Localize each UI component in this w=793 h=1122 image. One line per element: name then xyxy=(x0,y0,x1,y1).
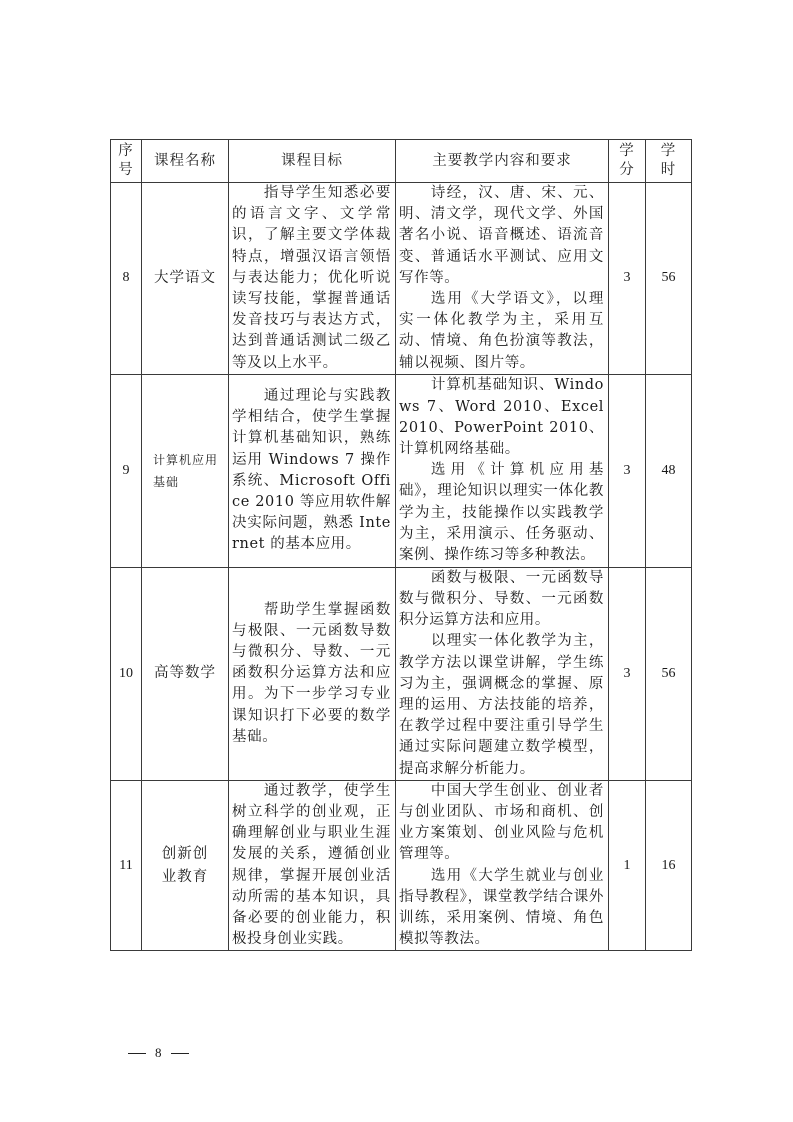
table-header-row: 序号 课程名称 课程目标 主要教学内容和要求 学分 学时 xyxy=(111,140,692,183)
table-row: 10 高等数学 帮助学生掌握函数与极限、一元函数导数与微积分、导数、一元函数积分… xyxy=(111,567,692,780)
objective-text: 通过理论与实践教学相结合，使学生掌握计算机基础知识，熟练运用 Windows 7… xyxy=(232,386,391,556)
row-number: 10 xyxy=(111,567,142,780)
course-hours: 56 xyxy=(646,567,692,780)
course-objective: 通过理论与实践教学相结合，使学生掌握计算机基础知识，熟练运用 Windows 7… xyxy=(229,374,396,567)
course-content: 诗经，汉、唐、宋、元、明、清文学，现代文学、外国著名小说、语音概述、语流音变、普… xyxy=(396,183,609,375)
course-objective: 通过教学，使学生树立科学的创业观，正确理解创业与职业生涯发展的关系，遵循创业规律… xyxy=(229,780,396,951)
table-row: 11 创新创业教育 通过教学，使学生树立科学的创业观，正确理解创业与职业生涯发展… xyxy=(111,780,692,951)
header-credits: 学分 xyxy=(609,140,646,183)
objective-text: 帮助学生掌握函数与极限、一元函数导数与微积分、导数、一元函数积分运算方法和应用。… xyxy=(232,600,391,748)
curriculum-table: 序号 课程名称 课程目标 主要教学内容和要求 学分 学时 8 大学语文 指导学生… xyxy=(110,139,692,951)
course-objective: 指导学生知悉必要的语言文字、文学常识，了解主要文学体裁特点，增强汉语言领悟与表达… xyxy=(229,183,396,375)
header-objective: 课程目标 xyxy=(229,140,396,183)
content-paragraph: 计算机基础知识、Windows 7、Word 2010、Excel 2010、P… xyxy=(399,375,604,460)
course-hours: 48 xyxy=(646,374,692,567)
footer-dash-left xyxy=(128,1053,146,1054)
course-content: 中国大学生创业、创业者与创业团队、市场和商机、创业方案策划、创业风险与危机管理等… xyxy=(396,780,609,951)
page-footer: 8 xyxy=(128,1045,189,1061)
footer-dash-right xyxy=(171,1053,189,1054)
course-credits: 3 xyxy=(609,374,646,567)
course-credits: 3 xyxy=(609,183,646,375)
course-content: 函数与极限、一元函数导数与微积分、导数、一元函数积分运算方法和应用。 以理实一体… xyxy=(396,567,609,780)
content-paragraph: 中国大学生创业、创业者与创业团队、市场和商机、创业方案策划、创业风险与危机管理等… xyxy=(399,781,604,866)
course-name: 计算机应用基础 xyxy=(142,374,229,567)
header-content: 主要教学内容和要求 xyxy=(396,140,609,183)
course-objective: 帮助学生掌握函数与极限、一元函数导数与微积分、导数、一元函数积分运算方法和应用。… xyxy=(229,567,396,780)
content-paragraph: 诗经，汉、唐、宋、元、明、清文学，现代文学、外国著名小说、语音概述、语流音变、普… xyxy=(399,183,604,289)
course-hours: 16 xyxy=(646,780,692,951)
course-content: 计算机基础知识、Windows 7、Word 2010、Excel 2010、P… xyxy=(396,374,609,567)
content-paragraph: 以理实一体化教学为主，教学方法以课堂讲解，学生练习为主，强调概念的掌握、原理的运… xyxy=(399,631,604,779)
document-page: 序号 课程名称 课程目标 主要教学内容和要求 学分 学时 8 大学语文 指导学生… xyxy=(0,0,793,1122)
course-name: 创新创业教育 xyxy=(142,780,229,951)
row-number: 9 xyxy=(111,374,142,567)
course-name: 高等数学 xyxy=(142,567,229,780)
header-course-name: 课程名称 xyxy=(142,140,229,183)
table-row: 9 计算机应用基础 通过理论与实践教学相结合，使学生掌握计算机基础知识，熟练运用… xyxy=(111,374,692,567)
row-number: 11 xyxy=(111,780,142,951)
course-hours: 56 xyxy=(646,183,692,375)
objective-text: 通过教学，使学生树立科学的创业观，正确理解创业与职业生涯发展的关系，遵循创业规律… xyxy=(232,781,391,951)
content-paragraph: 选用《计算机应用基础》，理论知识以理实一体化教学为主，技能操作以实践教学为主，采… xyxy=(399,460,604,566)
content-paragraph: 函数与极限、一元函数导数与微积分、导数、一元函数积分运算方法和应用。 xyxy=(399,568,604,632)
course-credits: 1 xyxy=(609,780,646,951)
header-hours: 学时 xyxy=(646,140,692,183)
objective-text: 指导学生知悉必要的语言文字、文学常识，了解主要文学体裁特点，增强汉语言领悟与表达… xyxy=(232,183,391,374)
content-paragraph: 选用《大学语文》，以理实一体化教学为主，采用互动、情境、角色扮演等教法，辅以视频… xyxy=(399,289,604,374)
row-number: 8 xyxy=(111,183,142,375)
course-credits: 3 xyxy=(609,567,646,780)
course-name: 大学语文 xyxy=(142,183,229,375)
table-row: 8 大学语文 指导学生知悉必要的语言文字、文学常识，了解主要文学体裁特点，增强汉… xyxy=(111,183,692,375)
page-number: 8 xyxy=(155,1045,162,1061)
header-no: 序号 xyxy=(111,140,142,183)
content-paragraph: 选用《大学生就业与创业指导教程》，课堂教学结合课外训练，采用案例、情境、角色模拟… xyxy=(399,866,604,951)
